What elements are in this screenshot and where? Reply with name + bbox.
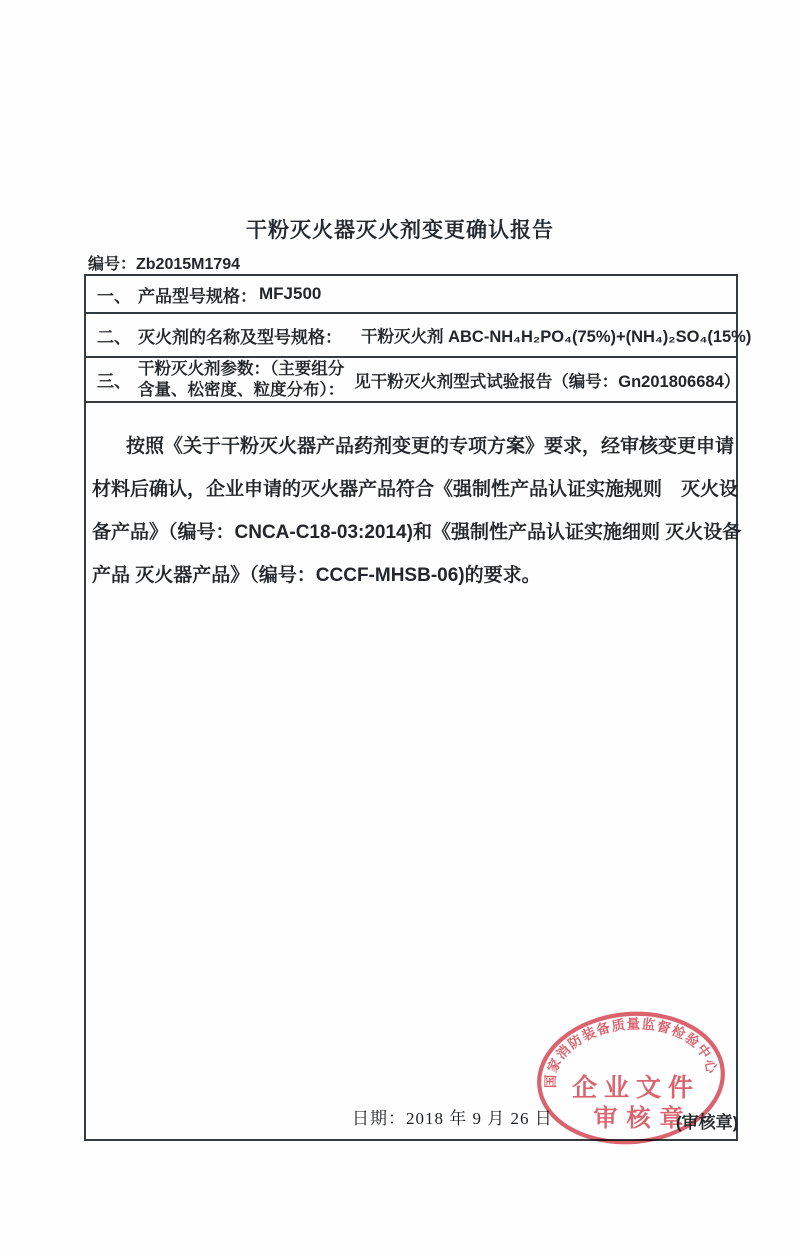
row-value: 干粉灭火剂 ABC-NH₄H₂PO₄(75%)+(NH₄)₂SO₄(15%) (361, 323, 751, 347)
paragraph-line: 备产品》（编号：CNCA-C18-03:2014)和《强制性产品认证实施细则 灭… (92, 511, 732, 554)
row-index: 二、 (97, 323, 131, 348)
row-index: 三、 (97, 367, 131, 392)
stamp-line1: 企业文件 (572, 1073, 700, 1102)
paragraph-line: 材料后确认，企业申请的灭火器产品符合《强制性产品认证实施规则 灭火设 (92, 468, 732, 511)
row-index: 一、 (97, 282, 131, 307)
confirmation-paragraph: 按照《关于干粉灭火器产品药剂变更的专项方案》要求，经审核变更申请 材料后确认，企… (92, 425, 732, 597)
stamp-graphic: 国家消防装备质量监督检验中心 企业文件 审核章 (531, 1006, 749, 1158)
table-row-product-model: 一、 产品型号规格： MFJ500 (86, 276, 736, 314)
document-title: 干粉灭火器灭火剂变更确认报告 (0, 214, 800, 244)
paragraph-line: 产品 灭火器产品》（编号：CCCF-MHSB-06)的要求。 (92, 554, 732, 597)
date-line: 日期：2018 年 9 月 26 日 (352, 1104, 553, 1129)
paragraph-line: 按照《关于干粉灭火器产品药剂变更的专项方案》要求，经审核变更申请 (92, 425, 732, 468)
row-label: 干粉灭火剂参数：（主要组分 含量、松密度、粒度分布）： (138, 359, 344, 401)
row-label: 产品型号规格： (138, 282, 257, 307)
row-label-line2: 含量、松密度、粒度分布）： (138, 380, 344, 401)
table-row-agent-params: 三、 干粉灭火剂参数：（主要组分 含量、松密度、粒度分布）： 见干粉灭火剂型式试… (86, 358, 736, 403)
row-label: 灭火剂的名称及型号规格： (138, 323, 342, 348)
row-value: 见干粉灭火剂型式试验报告（编号：Gn201806684） (354, 368, 740, 392)
scanned-document-page: 干粉灭火器灭火剂变更确认报告 编号：Zb2015M1794 一、 产品型号规格：… (0, 0, 800, 1257)
row-value: MFJ500 (259, 284, 321, 304)
printed-stamp-caption: (审核章) (676, 1108, 738, 1133)
row-label-line1: 干粉灭火剂参数：（主要组分 (138, 359, 344, 380)
approval-stamp: 国家消防装备质量监督检验中心 企业文件 审核章 (531, 1006, 749, 1158)
table-row-agent-name: 二、 灭火剂的名称及型号规格： 干粉灭火剂 ABC-NH₄H₂PO₄(75%)+… (86, 314, 736, 358)
document-number: 编号：Zb2015M1794 (88, 251, 240, 274)
